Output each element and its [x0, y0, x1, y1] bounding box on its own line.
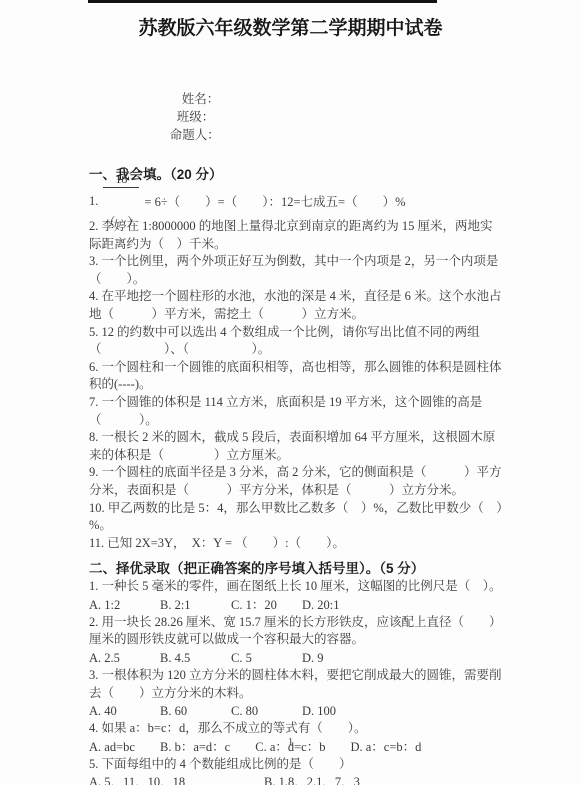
question-line: 际距离约为（ ）千米。	[89, 236, 571, 254]
scan-edge-artifact	[88, 0, 437, 3]
option-b: B. 1.8，2.1，7，3	[264, 773, 414, 785]
question-line: 9. 一个圆柱的底面半径是 3 分米，高 2 分米，它的侧面积是（ ）平方	[89, 464, 571, 482]
question-line: %。	[89, 517, 571, 535]
fill-question-3: 3. 一个比例里，两个外项正好互为倒数，其中一个内项是 2，另一个内项是 （ ）…	[89, 253, 571, 288]
question-line: 分米，表面积是（ ）平方分米，体积是（ ）立方分米。	[89, 482, 571, 500]
fill-question-7: 7. 一个圆锥的体积是 114 立方米，底面积是 19 平方米，这个圆锥的高是 …	[89, 394, 571, 429]
section2-heading: 二、择优录取（把正确答案的序号填入括号里）。（5 分）	[89, 559, 571, 578]
fill-question-1: 1. 18 （ ） = 6÷（ ）=（ ）：12=七成五=（ ）%	[89, 184, 571, 218]
examiner-field-label: 命题人：	[170, 128, 220, 142]
section1-heading: 一、我会填。（20 分）	[89, 165, 571, 184]
question-line: 4. 在平地挖一个圆柱形的水池，水池的深是 4 米，直径是 6 米。这个水池占	[89, 288, 571, 306]
question-line: 8. 一根长 2 米的圆木，截成 5 段后，表面积增加 64 平方厘米，这根圆木…	[89, 429, 571, 447]
question-line: （ ）。	[89, 271, 571, 289]
choice-question-2: 2. 用一块长 28.26 厘米、宽 15.7 厘米的长方形铁皮，应该配上直径（…	[89, 614, 571, 667]
option-c: C. 1：20	[231, 596, 277, 614]
fill-question-5: 5. 12 的约数中可以选出 4 个数组成一个比例，请你写出比值不同的两组 （ …	[89, 324, 571, 359]
question-number: 1.	[89, 194, 98, 209]
question-line: （ ）、（ ）。	[89, 341, 571, 359]
question-line: 11. 已知 2X=3Y， X：Y = （ ）:（ ）。	[89, 535, 571, 553]
question-line: 3. 一个比例里，两个外项正好互为倒数，其中一个内项是 2，另一个内项是	[89, 253, 571, 271]
fill-question-6: 6. 一个圆柱和一个圆锥的底面积相等，高也相等，那么圆锥的体积是圆柱体 积的(-…	[89, 359, 571, 394]
question-line: 去（ ）立方分米的木料。	[89, 685, 571, 703]
option-c: C. 5	[231, 649, 277, 667]
exam-content: 姓名： 班级： 命题人： 一、我会填。（20 分） 1. 18 （ ） = 6÷…	[0, 74, 581, 785]
question-line: 2. 用一块长 28.26 厘米、宽 15.7 厘米的长方形铁皮，应该配上直径（…	[89, 614, 571, 632]
question-line: 7. 一个圆锥的体积是 114 立方米，底面积是 19 平方米，这个圆锥的高是	[89, 394, 571, 412]
fill-question-10: 10. 甲乙两数的比是 5：4，那么甲数比乙数多（ ）%，乙数比甲数少（ ） %…	[89, 500, 571, 535]
question-line: 1. 一种长 5 毫米的零件，画在图纸上长 10 厘米，这幅图的比例尺是（ ）。	[89, 578, 571, 596]
exam-document-page: 苏教版六年级数学第二学期期中试卷 姓名： 班级： 命题人： 一、我会填。（20 …	[0, 0, 581, 785]
question-line: 3. 一根体积为 120 立方分米的圆柱体木料，要把它削成最大的圆锥，需要削	[89, 667, 571, 685]
option-d: D. 100	[302, 702, 348, 720]
options-row: A. 2.5 B. 4.5 C. 5 D. 9	[89, 649, 571, 667]
page-number: 1	[0, 736, 581, 748]
fill-question-4: 4. 在平地挖一个圆柱形的水池，水池的深是 4 米，直径是 6 米。这个水池占 …	[89, 288, 571, 323]
option-a: A. 40	[89, 702, 135, 720]
class-field-label: 班级：	[177, 110, 215, 124]
fill-question-2: 2. 李婷在 1:8000000 的地图上量得北京到南京的距离约为 15 厘米，…	[89, 218, 571, 253]
options-row: A. 5，11，10，18 B. 1.8，2.1，7，3	[89, 773, 571, 785]
option-c: C. 80	[231, 702, 277, 720]
question-text: = 6÷（ ）=（ ）：12=七成五=（ ）%	[144, 192, 405, 210]
question-line: 5. 下面每组中的 4 个数能组成比例的是（ ）	[89, 756, 571, 774]
option-d: D. 20:1	[302, 596, 348, 614]
fill-question-9: 9. 一个圆柱的底面半径是 3 分米，高 2 分米，它的侧面积是（ ）平方 分米…	[89, 464, 571, 499]
option-d: D. 9	[302, 649, 348, 667]
question-line: （ ）。	[89, 412, 571, 430]
exam-title: 苏教版六年级数学第二学期期中试卷	[0, 0, 581, 40]
choice-question-1: 1. 一种长 5 毫米的零件，画在图纸上长 10 厘米，这幅图的比例尺是（ ）。…	[89, 578, 571, 614]
option-a: A. 2.5	[89, 649, 135, 667]
question-line: 5. 12 的约数中可以选出 4 个数组成一个比例，请你写出比值不同的两组	[89, 324, 571, 342]
choice-question-5: 5. 下面每组中的 4 个数能组成比例的是（ ） A. 5，11，10，18 B…	[89, 756, 571, 785]
question-line: 10. 甲乙两数的比是 5：4，那么甲数比乙数多（ ）%，乙数比甲数少（ ）	[89, 500, 571, 518]
option-b: B. 2:1	[160, 596, 206, 614]
fill-question-8: 8. 一根长 2 米的圆木，截成 5 段后，表面积增加 64 平方厘米，这根圆木…	[89, 429, 571, 464]
question-line: 积的(----)。	[89, 376, 571, 394]
option-b: B. 4.5	[160, 649, 206, 667]
fill-question-11: 11. 已知 2X=3Y， X：Y = （ ）:（ ）。	[89, 535, 571, 553]
question-line: 6. 一个圆柱和一个圆锥的底面积相等，高也相等，那么圆锥的体积是圆柱体	[89, 359, 571, 377]
choice-question-3: 3. 一根体积为 120 立方分米的圆柱体木料，要把它削成最大的圆锥，需要削 去…	[89, 667, 571, 720]
question-line: 厘米的圆形铁皮就可以做成一个容积最大的容器。	[89, 631, 571, 649]
question-line: 来的体积是（ ）立方厘米。	[89, 447, 571, 465]
name-field-label: 姓名：	[182, 92, 220, 106]
options-row: A. 40 B. 60 C. 80 D. 100	[89, 702, 571, 720]
option-b: B. 60	[160, 702, 206, 720]
option-a: A. 5，11，10，18	[89, 773, 239, 785]
fraction-numerator: 18	[103, 173, 139, 188]
option-a: A. 1:2	[89, 596, 135, 614]
options-row: A. 1:2 B. 2:1 C. 1：20 D. 20:1	[89, 596, 571, 614]
question-line: 2. 李婷在 1:8000000 的地图上量得北京到南京的距离约为 15 厘米，…	[89, 218, 571, 236]
student-info-row: 姓名： 班级： 命题人：	[89, 74, 571, 158]
question-line: 地（ ）平方米，需挖土（ ）立方米。	[89, 306, 571, 324]
